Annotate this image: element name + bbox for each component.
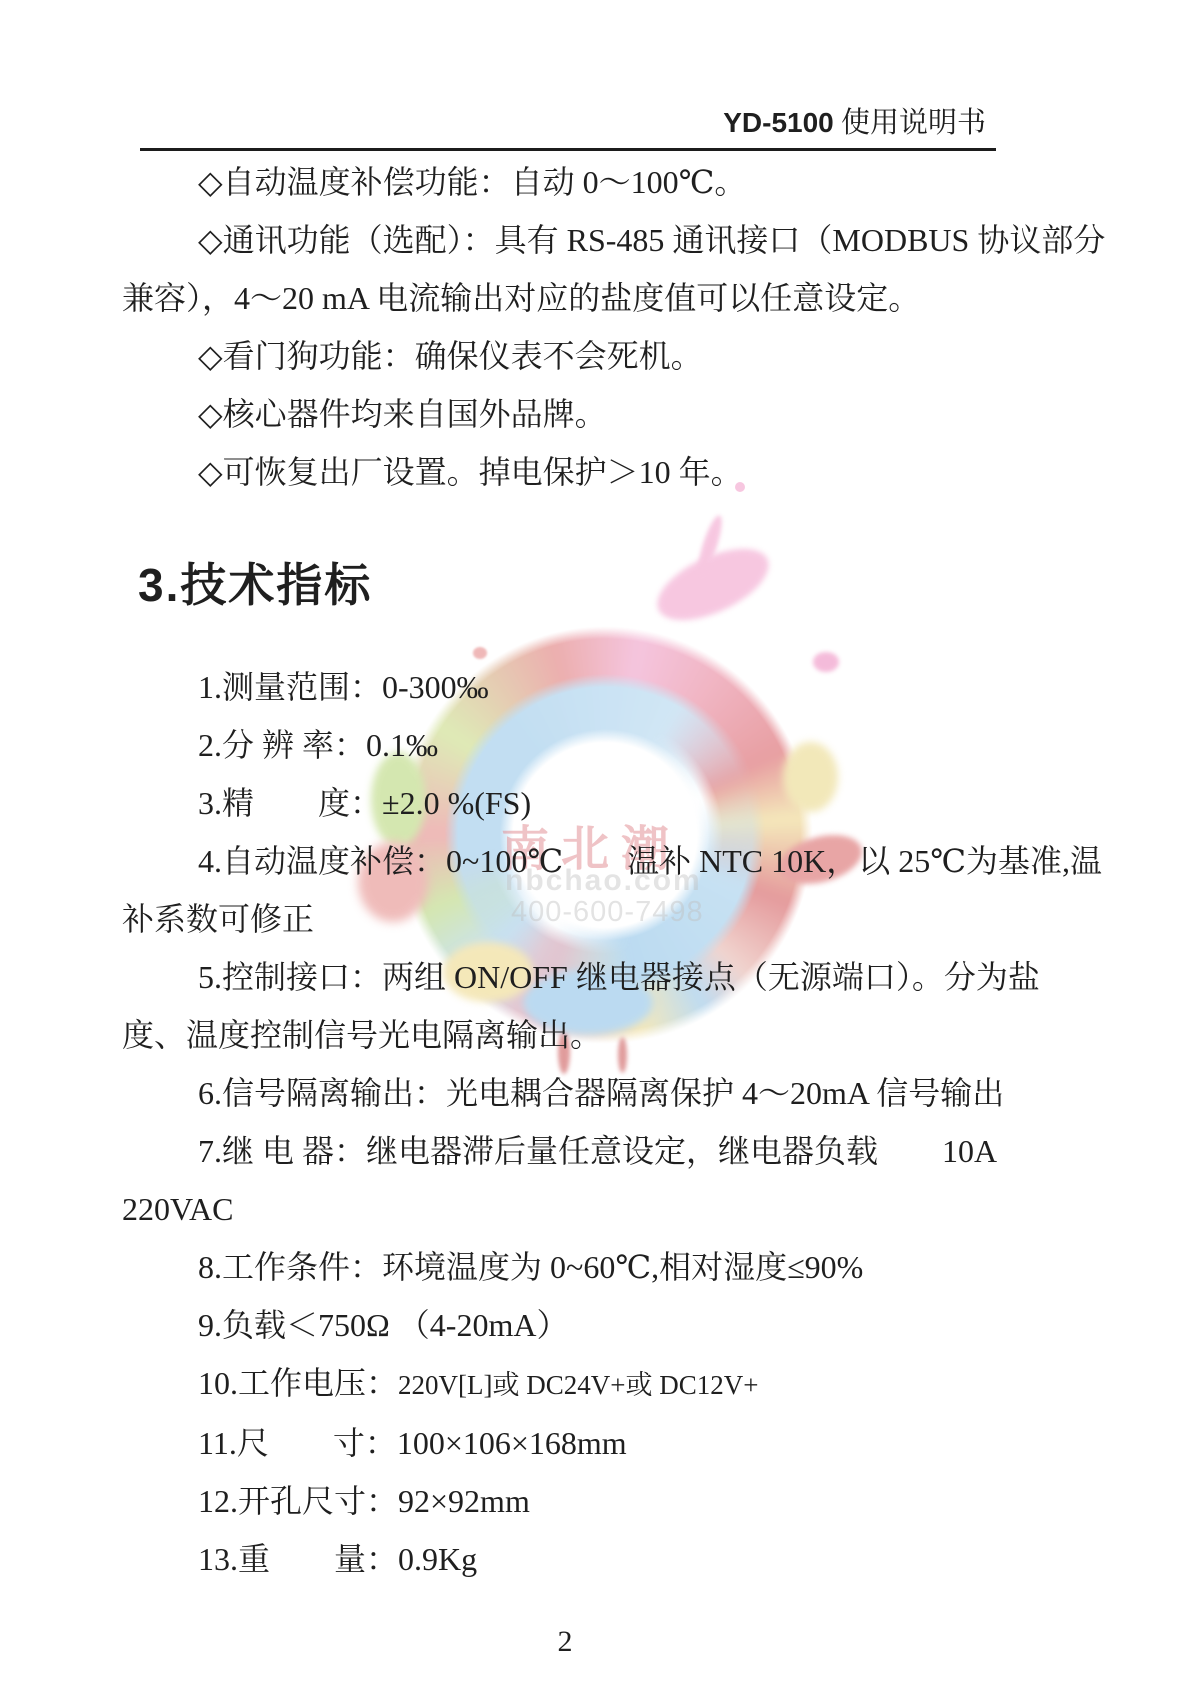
feature-item: ◇可恢复出厂设置。掉电保护＞10 年。: [122, 443, 1008, 501]
spec-item: 8.工作条件：环境温度为 0~60℃,相对湿度≤90%: [122, 1238, 1008, 1296]
feature-item: ◇看门狗功能：确保仪表不会死机。: [122, 327, 1008, 385]
spec-item-wrap: 度、温度控制信号光电隔离输出。: [122, 1006, 1008, 1064]
spec-item: 10.工作电压：220V[L]或 DC24V+或 DC12V+: [122, 1354, 1008, 1414]
feature-item: ◇核心器件均来自国外品牌。: [122, 385, 1008, 443]
spec-item: 3.精 度：±2.0 %(FS): [122, 774, 1008, 832]
spec-item: 7.继 电 器：继电器滞后量任意设定，继电器负载 10A: [122, 1122, 1008, 1180]
feature-item-wrap: 兼容），4～20 mA 电流输出对应的盐度值可以任意设定。: [122, 269, 1008, 327]
feature-list: ◇自动温度补偿功能：自动 0～100℃。 ◇通讯功能（选配）：具有 RS-485…: [122, 153, 1008, 501]
spec-item-wrap: 补系数可修正: [122, 890, 1008, 948]
spec-item-wrap: 220VAC: [122, 1180, 1008, 1238]
header-doc-title: 使用说明书: [841, 107, 986, 139]
page-header: YD-5100 使用说明书: [122, 0, 1008, 142]
spec-item: 13.重 量：0.9Kg: [122, 1530, 1008, 1588]
spec-item: 5.控制接口：两组 ON/OFF 继电器接点（无源端口）。分为盐: [122, 948, 1008, 1006]
feature-item: ◇通讯功能（选配）：具有 RS-485 通讯接口（MODBUS 协议部分: [122, 211, 1008, 269]
header-model-text: YD-5100: [723, 107, 834, 138]
manual-page: 南北潮 nbchao.com 400-600-7498 YD-5100 使用说明…: [0, 0, 1200, 1697]
spec-item: 4.自动温度补偿：0~100℃ 温补 NTC 10K，以 25℃为基准,温: [122, 832, 1008, 890]
section-title: 3.技术指标: [122, 558, 1008, 612]
spec-item: 11.尺 寸：100×106×168mm: [122, 1414, 1008, 1472]
spec-item: 6.信号隔离输出：光电耦合器隔离保护 4～20mA 信号输出: [122, 1064, 1008, 1122]
spec-item: 2.分 辨 率：0.1‰: [122, 716, 1008, 774]
spec-item: 12.开孔尺寸：92×92mm: [122, 1472, 1008, 1530]
spec-item-label: 10.工作电压：: [198, 1365, 398, 1401]
page-number: 2: [122, 1624, 1008, 1660]
spec-item: 1.测量范围：0-300‰: [122, 658, 1008, 716]
header-rule: [140, 148, 996, 151]
page-content: YD-5100 使用说明书 ◇自动温度补偿功能：自动 0～100℃。 ◇通讯功能…: [122, 0, 1008, 1660]
spec-list: 1.测量范围：0-300‰ 2.分 辨 率：0.1‰ 3.精 度：±2.0 %(…: [122, 658, 1008, 1588]
feature-item: ◇自动温度补偿功能：自动 0～100℃。: [122, 153, 1008, 211]
spec-item: 9.负载＜750Ω （4-20mA）: [122, 1296, 1008, 1354]
spec-item-value: 220V[L]或 DC24V+或 DC12V+: [398, 1370, 758, 1400]
